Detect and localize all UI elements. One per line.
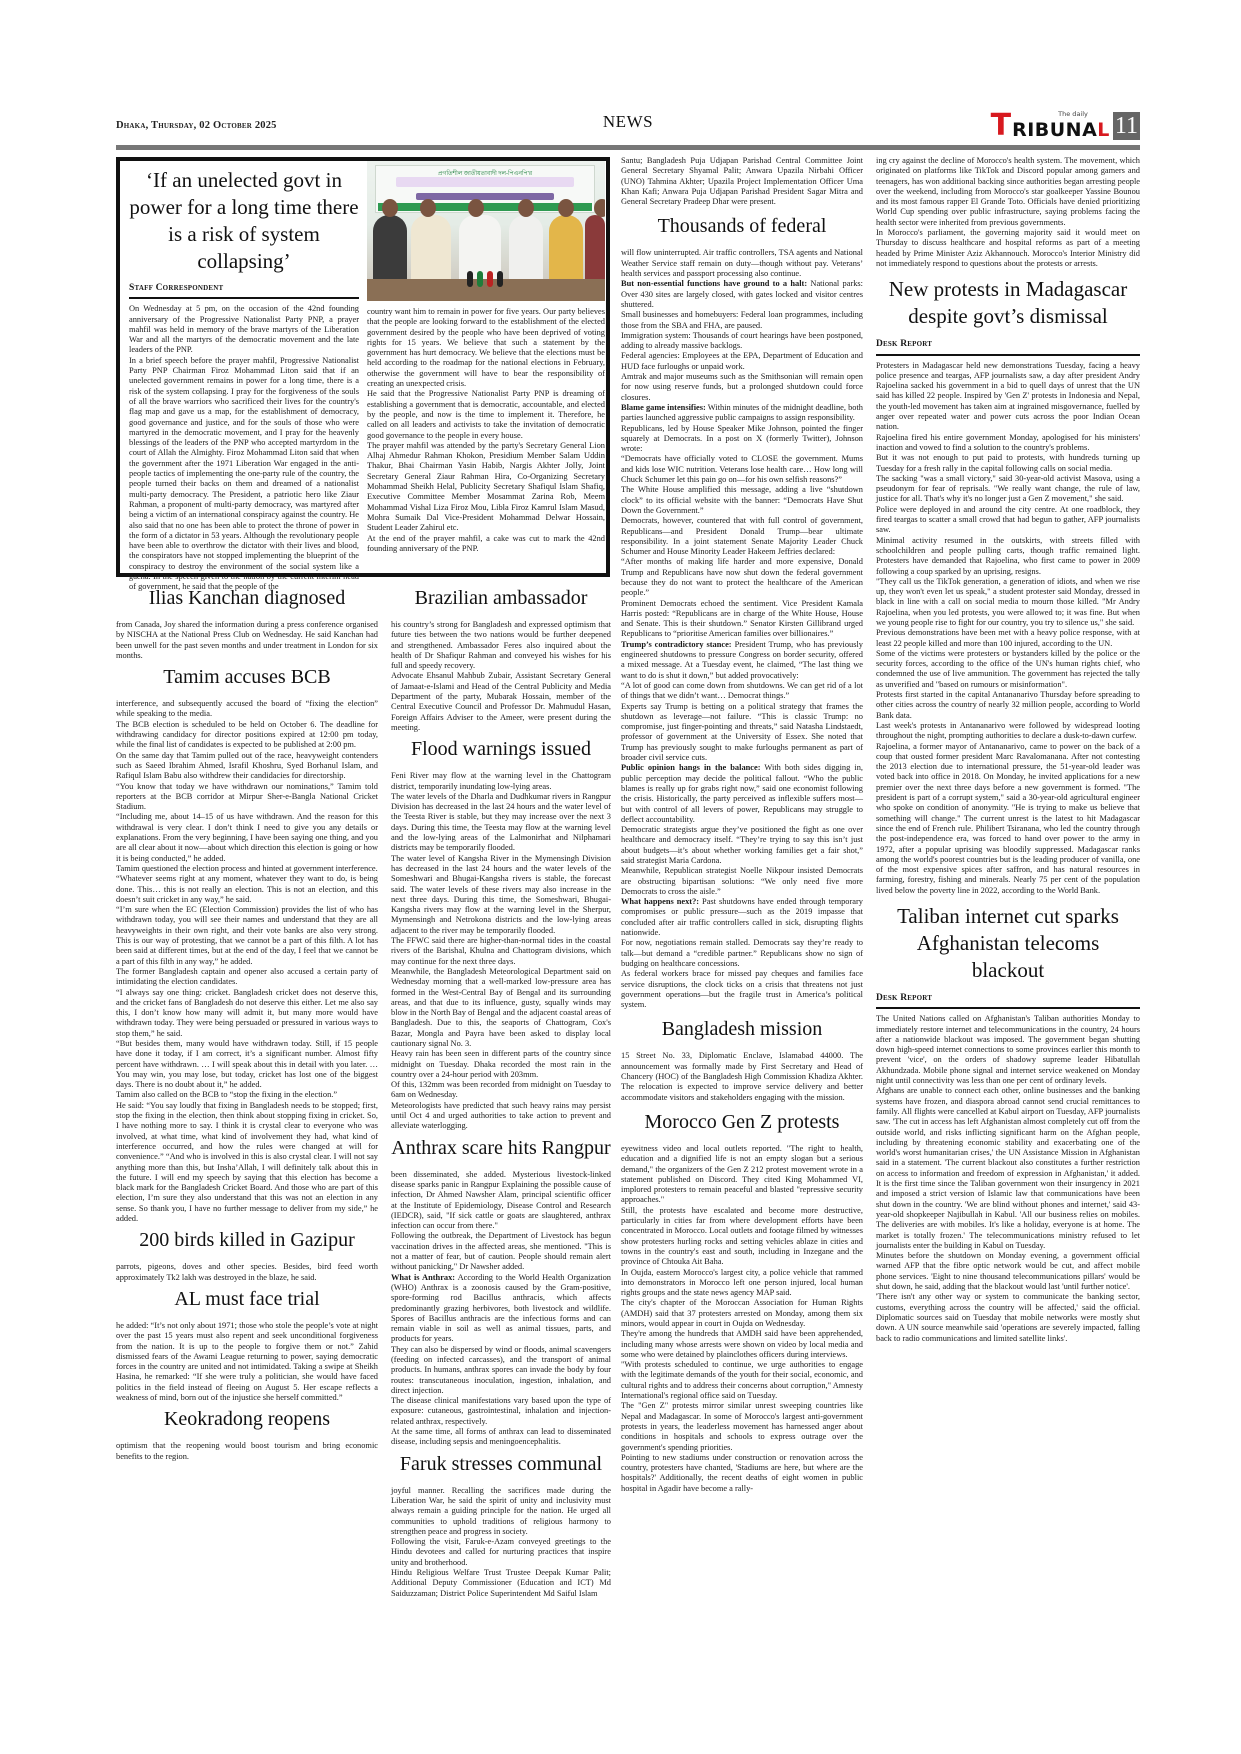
article: Anthrax scare hits Rangpurbeen dissemina… <box>391 1136 611 1448</box>
article-paragraph: Tamim questioned the election process an… <box>116 864 378 874</box>
article: AL must face trialhe added: “It’s not on… <box>116 1287 378 1403</box>
article-body: Protesters in Madagascar held new demons… <box>876 361 1140 896</box>
photo-person <box>585 215 605 283</box>
article-paragraph: On the same day that Tamim pulled out of… <box>116 751 378 782</box>
article: New protests in Madagascar despite govt’… <box>876 276 1140 896</box>
article-headline[interactable]: Keokradong reopens <box>116 1407 378 1432</box>
article-paragraph: But it was not enough to put paid to pro… <box>876 453 1140 474</box>
article-paragraph: Meanwhile, the Bangladesh Meteorological… <box>391 967 611 1049</box>
article-paragraph: Police were deployed in and around the c… <box>876 505 1140 536</box>
article-body: 15 Street No. 33, Diplomatic Enclave, Is… <box>621 1051 863 1102</box>
masthead-rule <box>116 145 1140 150</box>
article: Thousands of federalwill flow uninterrup… <box>621 214 863 1010</box>
microphone-icon <box>487 271 493 287</box>
lead-story-box: ‘If an unelected govt in power for a lon… <box>116 157 610 577</box>
section-title: NEWS <box>116 112 1140 132</box>
article-body: ing cry against the decline of Morocco's… <box>876 156 1140 269</box>
article-body: Santu; Bangladesh Puja Udjapan Parishad … <box>621 156 863 207</box>
article-body: will flow uninterrupted. Air traffic con… <box>621 248 863 1010</box>
article-body: joyful manner. Recalling the sacrifices … <box>391 1486 611 1599</box>
article-byline: Desk Report <box>876 339 1140 355</box>
article-paragraph: will flow uninterrupted. Air traffic con… <box>621 248 863 279</box>
article-paragraph: Trump’s contradictory stance: President … <box>621 640 863 681</box>
article: Taliban internet cut sparks Afghanistan … <box>876 903 1140 1344</box>
article-paragraph: Rajoelina, a former mayor of Antananariv… <box>876 742 1140 896</box>
article-paragraph: 15 Street No. 33, Diplomatic Enclave, Is… <box>621 1051 863 1102</box>
article-paragraph: country want him to remain in power for … <box>367 307 605 389</box>
article-paragraph: Last week's protests in Antananarivo wer… <box>876 721 1140 742</box>
article-paragraph: “You know that today we have withdrawn o… <box>116 782 378 813</box>
article-headline[interactable]: Brazilian ambassador <box>391 586 611 611</box>
article-paragraph: Feni River may flow at the warning level… <box>391 771 611 792</box>
article-body: parrots, pigeons, doves and other specie… <box>116 1262 378 1283</box>
photo-person <box>411 215 451 283</box>
article-paragraph: Public opinion hangs in the balance: Wit… <box>621 763 863 825</box>
article: Bangladesh mission15 Street No. 33, Dipl… <box>621 1017 863 1102</box>
article-paragraph: The water level of Kangsha River in the … <box>391 854 611 936</box>
microphone-icon <box>467 271 473 287</box>
article-paragraph: Heavy rain has been seen in different pa… <box>391 1049 611 1080</box>
logo-wordmark-main: RIBUNA <box>1012 119 1097 141</box>
article-paragraph: “Democrats have officially voted to CLOS… <box>621 454 863 485</box>
article-paragraph: On Wednesday at 5 pm, on the occasion of… <box>129 304 359 355</box>
article-body: been disseminated, she added. Mysterious… <box>391 1170 611 1448</box>
article-paragraph: his country’s strong for Bangladesh and … <box>391 620 611 671</box>
article-paragraph: from Canada, Joy shared the information … <box>116 620 378 661</box>
article-paragraph: The FFWC said there are higher-than-norm… <box>391 936 611 967</box>
article-headline[interactable]: Morocco Gen Z protests <box>621 1110 863 1135</box>
article-paragraph: Previous demonstrations have been met wi… <box>876 628 1140 649</box>
article-headline[interactable]: Taliban internet cut sparks Afghanistan … <box>876 903 1140 984</box>
article-paragraph: Afghans are unable to connect each other… <box>876 1086 1140 1251</box>
article-paragraph: been disseminated, she added. Mysterious… <box>391 1170 611 1232</box>
banner-title: প্রগতিশীল জাতীয়তাবাদী দল-পিএনপি'র <box>376 168 594 176</box>
article-headline[interactable]: Tamim accuses BCB <box>116 665 378 690</box>
microphone-icon <box>477 271 483 287</box>
photo-person <box>373 215 407 283</box>
microphone-icon <box>497 271 503 287</box>
article-paragraph: They're among the hundreds that AMDH sai… <box>621 1329 863 1360</box>
column-3: Santu; Bangladesh Puja Udjapan Parishad … <box>621 156 863 1494</box>
article-paragraph: The city's chapter of the Moroccan Assoc… <box>621 1298 863 1329</box>
article-paragraph: eyewitness video and local outlets repor… <box>621 1144 863 1206</box>
article-paragraph: Following the visit, Faruk-e-Azam convey… <box>391 1537 611 1568</box>
article-paragraph: Republicans, led by House Speaker Mike J… <box>621 424 863 455</box>
article-paragraph: The water levels of the Dharla and Dudhk… <box>391 792 611 854</box>
article-paragraph: What is Anthrax: According to the World … <box>391 1273 611 1345</box>
article-paragraph: The former Bangladesh captain and opener… <box>116 967 378 988</box>
article: ing cry against the decline of Morocco's… <box>876 156 1140 269</box>
article-paragraph: But non-essential functions have ground … <box>621 279 863 310</box>
article-paragraph: Amtrak and major museums such as the Smi… <box>621 372 863 403</box>
article-paragraph: Immigration system: Thousands of court h… <box>621 331 863 352</box>
lead-headline[interactable]: ‘If an unelected govt in power for a lon… <box>129 167 359 275</box>
article: 200 birds killed in Gazipurparrots, pige… <box>116 1228 378 1283</box>
article-paragraph: optimism that the reopening would boost … <box>116 1441 378 1462</box>
article-paragraph: Still, the protests have escalated and b… <box>621 1206 863 1268</box>
lead-story-right: country want him to remain in power for … <box>367 307 605 554</box>
article-paragraph: What happens next?: Past shutdowns have … <box>621 897 863 938</box>
article-paragraph: The BCB election is scheduled to be held… <box>116 720 378 751</box>
article-paragraph: He said that the Progressive Nationalist… <box>367 389 605 440</box>
article-paragraph: Prominent Democrats echoed the sentiment… <box>621 599 863 640</box>
column-2: Brazilian ambassadorhis country’s strong… <box>391 582 611 1599</box>
lead-story-left: ‘If an unelected govt in power for a lon… <box>129 165 359 593</box>
article-paragraph: Rajoelina fired his entire government Mo… <box>876 433 1140 454</box>
article-paragraph: Protests first started in the capital An… <box>876 690 1140 721</box>
article: Flood warnings issuedFeni River may flow… <box>391 737 611 1131</box>
article-paragraph: Blame game intensifies: Within minutes o… <box>621 403 863 424</box>
article-paragraph: Federal agencies: Employees at the EPA, … <box>621 351 863 372</box>
masthead: Dhaka, Thursday, 02 October 2025 NEWS Th… <box>116 108 1140 144</box>
photo-person <box>509 215 543 283</box>
article-paragraph: “After months of making life harder and … <box>621 557 863 598</box>
article-paragraph: Following the outbreak, the Department o… <box>391 1231 611 1272</box>
article-paragraph: joyful manner. Recalling the sacrifices … <box>391 1486 611 1537</box>
article-headline[interactable]: Ilias Kanchan diagnosed <box>116 586 378 611</box>
article: Santu; Bangladesh Puja Udjapan Parishad … <box>621 156 863 207</box>
article-paragraph: “I always say one thing: cricket. Bangla… <box>116 988 378 1039</box>
article-byline: Desk Report <box>876 993 1140 1009</box>
article: Morocco Gen Z protestseyewitness video a… <box>621 1110 863 1494</box>
article-paragraph: For now, negotiations remain stalled. De… <box>621 938 863 969</box>
article-body: The United Nations called on Afghanistan… <box>876 1014 1140 1344</box>
article-paragraph: Democratic strategists argue they’ve pos… <box>621 825 863 866</box>
banner-stripe <box>416 193 554 200</box>
article-headline[interactable]: Anthrax scare hits Rangpur <box>391 1136 611 1161</box>
logo-first-letter: T <box>991 112 1011 140</box>
article-paragraph: Minimal activity resumed in the outskirt… <box>876 536 1140 577</box>
article-headline[interactable]: AL must face trial <box>116 1287 378 1312</box>
article-body: Feni River may flow at the warning level… <box>391 771 611 1131</box>
article-body: interference, and subsequently accused t… <box>116 699 378 1224</box>
newspaper-logo[interactable]: The daily T RIBUNAL 11 <box>991 108 1140 140</box>
article-paragraph: At the same time, all forms of anthrax c… <box>391 1427 611 1448</box>
article: Keokradong reopensoptimism that the reop… <box>116 1407 378 1462</box>
article-paragraph: The White House amplified this message, … <box>621 485 863 516</box>
lead-photo[interactable]: প্রগতিশীল জাতীয়তাবাদী দল-পিএনপি'র <box>367 161 605 301</box>
article-paragraph: Meanwhile, Republican strategist Noelle … <box>621 866 863 897</box>
lead-byline: Staff Correspondent <box>129 283 359 299</box>
article-paragraph: “Including me, about 14–15 of us have wi… <box>116 812 378 863</box>
article-paragraph: Minutes before the shutdown on Monday ev… <box>876 1251 1140 1292</box>
column-4: ing cry against the decline of Morocco's… <box>876 156 1140 1344</box>
banner-stripe <box>396 177 574 187</box>
lead-body-left: On Wednesday at 5 pm, on the occasion of… <box>129 304 359 592</box>
article-paragraph: He said: “You say loudly that fixing in … <box>116 1101 378 1225</box>
article-paragraph: “But besides them, many would have withd… <box>116 1039 378 1090</box>
article-paragraph: "They call us the TikTok generation, a g… <box>876 577 1140 628</box>
article-paragraph: “Whatever seems right at any moment, wha… <box>116 874 378 905</box>
article-paragraph: Protesters in Madagascar held new demons… <box>876 361 1140 433</box>
article-paragraph: Of this, 132mm was been recorded from mi… <box>391 1080 611 1101</box>
logo-tagline: The daily <box>1058 110 1088 118</box>
article-body: eyewitness video and local outlets repor… <box>621 1144 863 1494</box>
column-1: Ilias Kanchan diagnosedfrom Canada, Joy … <box>116 582 378 1462</box>
article-paragraph: At the end of the prayer mahfil, a cake … <box>367 534 605 555</box>
article-paragraph: The disease clinical manifestations vary… <box>391 1396 611 1427</box>
logo-wordmark-red: L <box>1097 119 1110 141</box>
article-paragraph: The "Gen Z" protests mirror similar unre… <box>621 1401 863 1452</box>
article-paragraph: Advocate Ehsanul Mahbub Zubair, Assistan… <box>391 671 611 733</box>
article-paragraph: Tamim also called on the BCB to “stop th… <box>116 1090 378 1100</box>
article-paragraph: parrots, pigeons, doves and other specie… <box>116 1262 378 1283</box>
article-paragraph: Experts say Trump is betting on a politi… <box>621 702 863 764</box>
article-headline[interactable]: Bangladesh mission <box>621 1017 863 1042</box>
article: Brazilian ambassadorhis country’s strong… <box>391 586 611 733</box>
article-headline[interactable]: Flood warnings issued <box>391 737 611 762</box>
article-paragraph: Meteorologists have predicted that such … <box>391 1101 611 1132</box>
article-headline[interactable]: Thousands of federal <box>621 214 863 239</box>
article-headline[interactable]: 200 birds killed in Gazipur <box>116 1228 378 1253</box>
page-number: 11 <box>1113 112 1140 140</box>
article-paragraph: he added: “It’s not only about 1971; tho… <box>116 1321 378 1403</box>
article-paragraph: Hindu Religious Welfare Trust Trustee De… <box>391 1568 611 1599</box>
article-body: he added: “It’s not only about 1971; tho… <box>116 1321 378 1403</box>
article-paragraph: The sacking "was a small victory," said … <box>876 474 1140 505</box>
article-paragraph: ing cry against the decline of Morocco's… <box>876 156 1140 228</box>
article: Faruk stresses communaljoyful manner. Re… <box>391 1452 611 1599</box>
article: Tamim accuses BCBinterference, and subse… <box>116 665 378 1224</box>
article-paragraph: “A lot of good can come down from shutdo… <box>621 681 863 702</box>
article-paragraph: Democrats, however, countered that with … <box>621 516 863 557</box>
article-headline[interactable]: Faruk stresses communal <box>391 1452 611 1477</box>
article-paragraph: 'There isn't any other way or system to … <box>876 1292 1140 1343</box>
article-paragraph: Santu; Bangladesh Puja Udjapan Parishad … <box>621 156 863 207</box>
article-paragraph: Pointing to new stadiums under construct… <box>621 1453 863 1494</box>
article-paragraph: The United Nations called on Afghanistan… <box>876 1014 1140 1086</box>
article-paragraph: The prayer mahfil was attended by the pa… <box>367 441 605 534</box>
article-paragraph: "With protests scheduled to continue, we… <box>621 1360 863 1401</box>
article: Ilias Kanchan diagnosedfrom Canada, Joy … <box>116 586 378 661</box>
article-headline[interactable]: New protests in Madagascar despite govt’… <box>876 276 1140 330</box>
article-paragraph: As federal workers brace for missed pay … <box>621 969 863 1010</box>
logo-wordmark: RIBUNAL <box>1012 120 1110 140</box>
photo-table <box>367 279 605 301</box>
article-paragraph: In Morocco's parliament, the governing m… <box>876 228 1140 269</box>
article-paragraph: “I’m sure when the EC (Election Commissi… <box>116 905 378 967</box>
photo-person <box>549 215 583 283</box>
article-paragraph: Small businesses and homebuyers: Federal… <box>621 310 863 331</box>
article-paragraph: In a brief speech before the prayer mahf… <box>129 356 359 593</box>
article-body: from Canada, Joy shared the information … <box>116 620 378 661</box>
article-paragraph: They can also be dispersed by wind or fl… <box>391 1345 611 1396</box>
article-body: optimism that the reopening would boost … <box>116 1441 378 1462</box>
article-paragraph: In Oujda, eastern Morocco's largest city… <box>621 1268 863 1299</box>
article-paragraph: Some of the victims were protesters or b… <box>876 649 1140 690</box>
article-paragraph: interference, and subsequently accused t… <box>116 699 378 720</box>
article-body: his country’s strong for Bangladesh and … <box>391 620 611 733</box>
